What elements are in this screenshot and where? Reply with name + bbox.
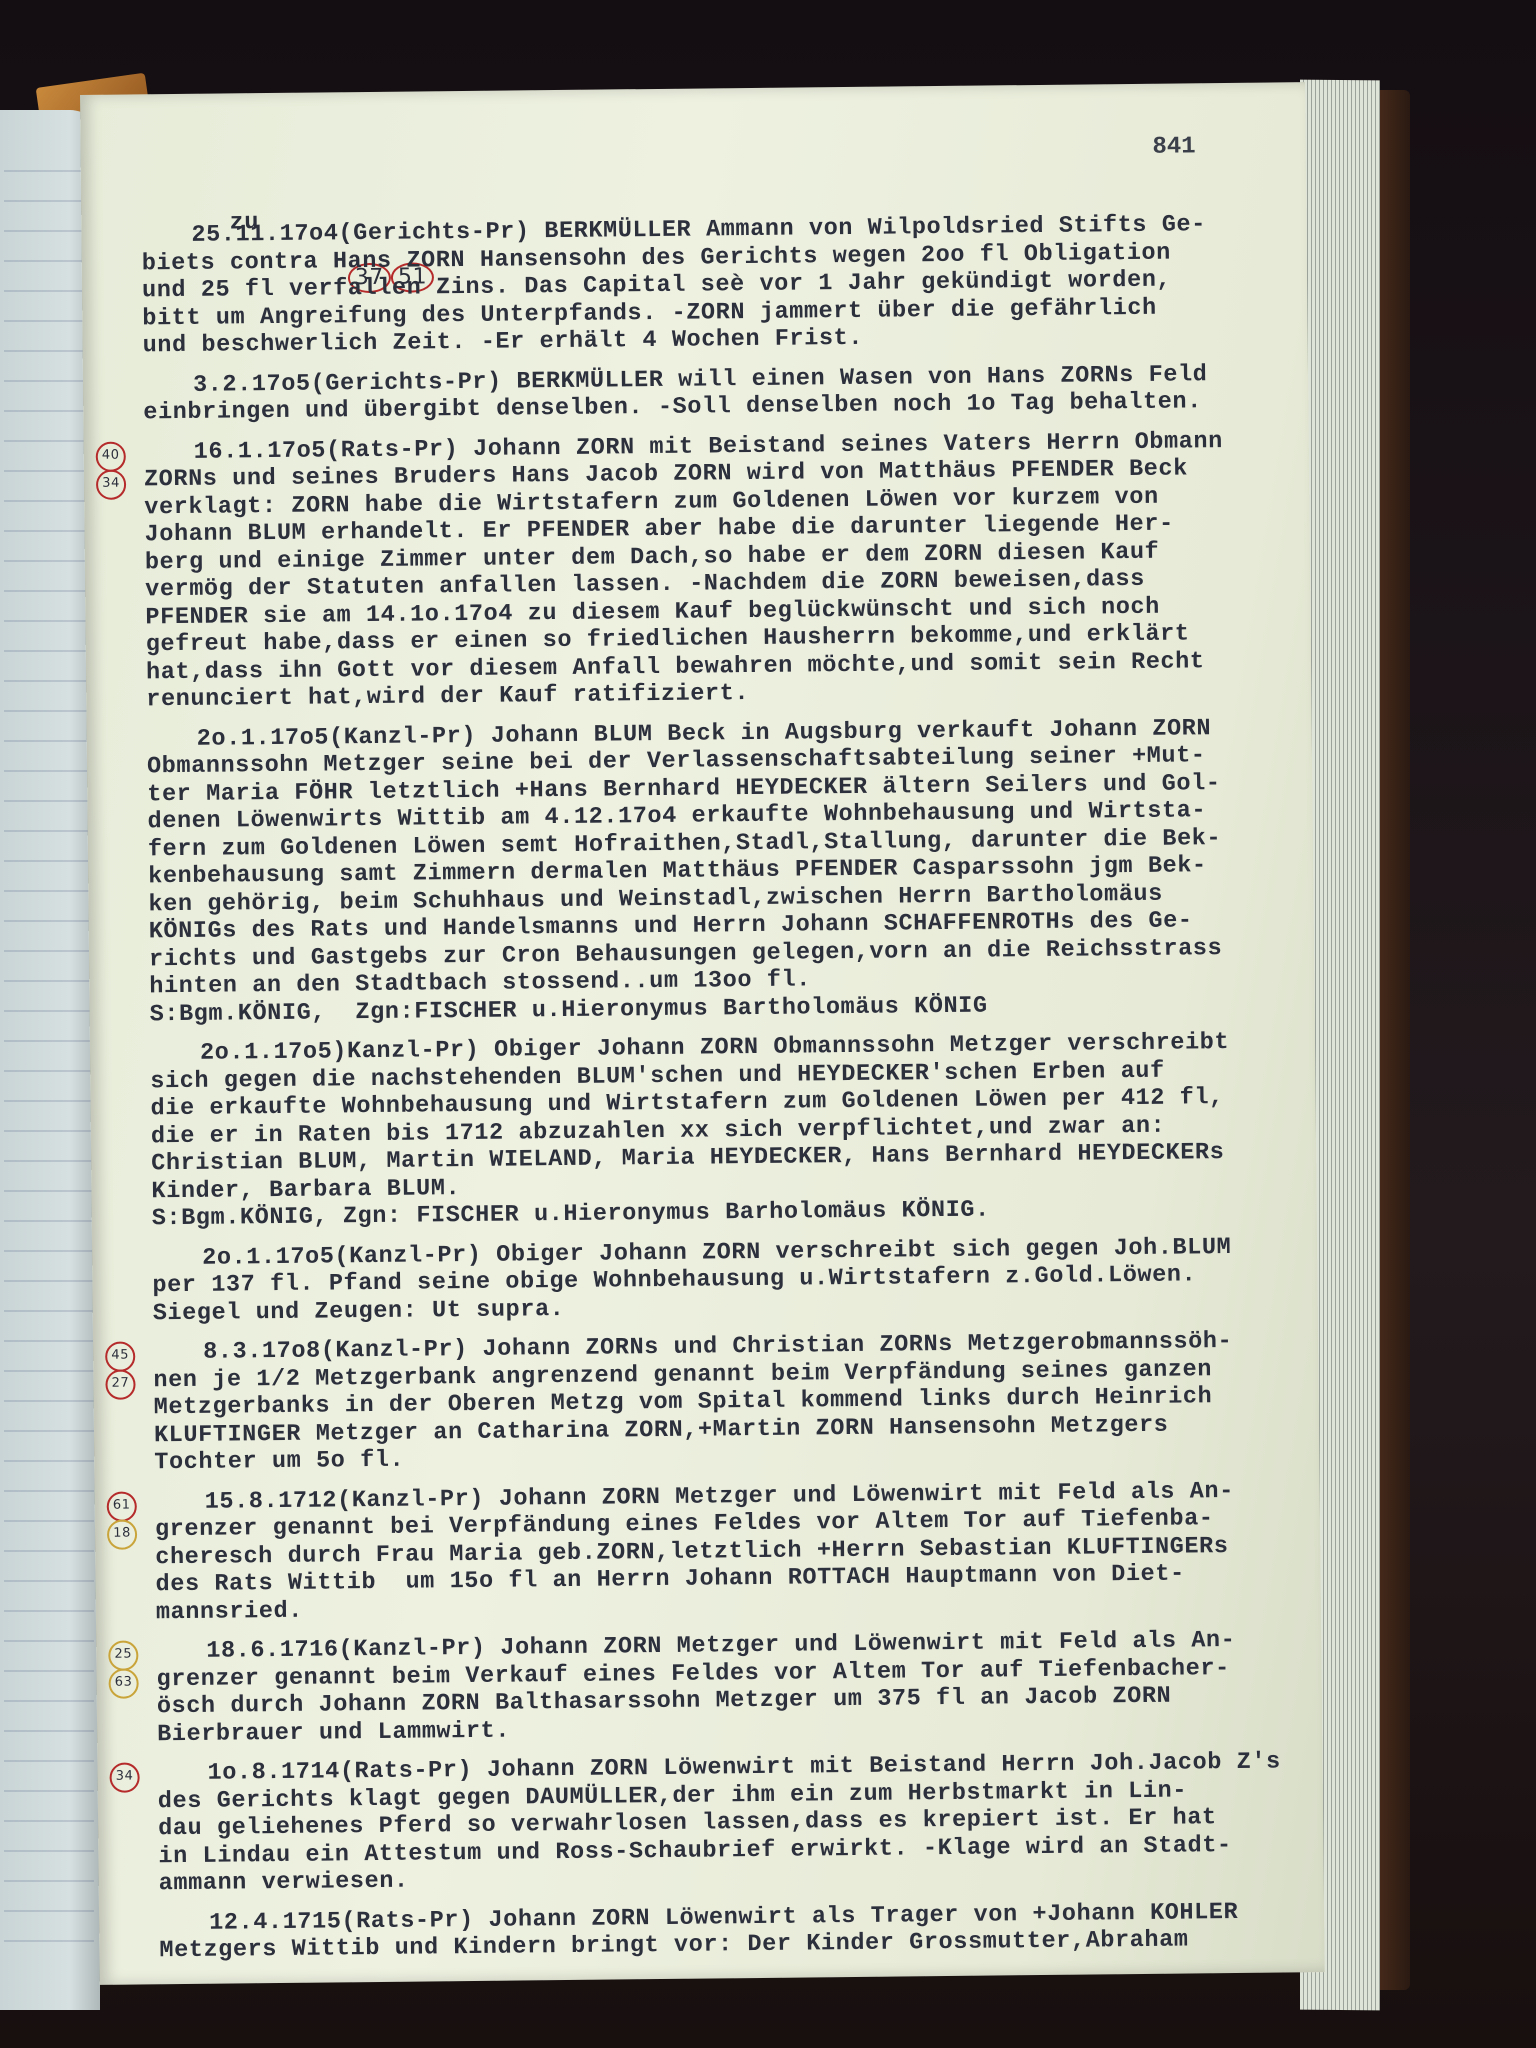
left-page-text-ghost — [4, 1190, 94, 1192]
document-entry: 3.2.17o5(Gerichts-Pr) BERKMÜLLER will ei… — [143, 360, 1284, 427]
left-page-text-ghost — [4, 1430, 94, 1432]
left-page-text-ghost — [4, 1790, 94, 1792]
margin-note: 18 — [107, 1519, 137, 1549]
document-entry: 16.1.17o5(Rats-Pr) Johann ZORN mit Beist… — [144, 427, 1287, 714]
left-page-text-ghost — [4, 1400, 94, 1402]
left-page-text-ghost — [4, 1070, 94, 1072]
document-entry: 8.3.17o8(Kanzl-Pr) Johann ZORNs und Chri… — [153, 1327, 1294, 1476]
margin-note: 34 — [96, 469, 126, 499]
document-page: 841 zu 3751 25.11.17o4(Gerichts-Pr) BERK… — [80, 82, 1325, 1985]
left-page-text-ghost — [4, 830, 94, 832]
left-page-text-ghost — [4, 1760, 94, 1762]
left-page-text-ghost — [4, 1880, 94, 1882]
left-page-text-ghost — [4, 1610, 94, 1612]
left-page-text-ghost — [4, 1100, 94, 1102]
left-page-text-ghost — [4, 800, 94, 802]
left-page-text-ghost — [4, 1220, 94, 1222]
left-page-text-ghost — [4, 1280, 94, 1282]
entries-list: 25.11.17o4(Gerichts-Pr) BERKMÜLLER Amman… — [141, 192, 1299, 1964]
left-page-text-ghost — [4, 1370, 94, 1372]
document-entry: 2o.1.17o5)Kanzl-Pr) Obiger Johann ZORN O… — [150, 1028, 1292, 1232]
left-page-text-ghost — [4, 1640, 94, 1642]
left-page-text-ghost — [4, 980, 94, 982]
left-page-text-ghost — [4, 650, 94, 652]
margin-note: 61 — [107, 1491, 137, 1521]
left-page-text-ghost — [4, 440, 94, 442]
left-page-text-ghost — [4, 290, 94, 292]
margin-note: 34 — [109, 1762, 139, 1792]
left-page-text-ghost — [4, 1550, 94, 1552]
document-entry: 18.6.1716(Kanzl-Pr) Johann ZORN Metzger … — [156, 1626, 1297, 1748]
left-page-text-ghost — [4, 560, 94, 562]
left-page-text-ghost — [4, 350, 94, 352]
left-page-text-ghost — [4, 1940, 94, 1942]
left-page-text-ghost — [4, 1820, 94, 1822]
margin-note: 45 — [105, 1341, 135, 1371]
left-page-text-ghost — [4, 680, 94, 682]
document-entry: 15.8.1712(Kanzl-Pr) Johann ZORN Metzger … — [155, 1477, 1296, 1626]
left-page-text-ghost — [4, 260, 94, 262]
margin-note: 27 — [105, 1369, 135, 1399]
left-page-text-ghost — [4, 770, 94, 772]
left-page-text-ghost — [4, 320, 94, 322]
margin-note: 40 — [96, 441, 126, 471]
document-entry: 2o.1.17o5(Kanzl-Pr) Johann BLUM Beck in … — [147, 714, 1290, 1028]
left-page-text-ghost — [4, 1340, 94, 1342]
left-page-text-ghost — [4, 740, 94, 742]
left-page-text-ghost — [4, 710, 94, 712]
document-entry: 2o.1.17o5(Kanzl-Pr) Obiger Johann ZORN v… — [152, 1233, 1293, 1327]
left-page-text-ghost — [4, 1460, 94, 1462]
document-entry: 25.11.17o4(Gerichts-Pr) BERKMÜLLER Amman… — [141, 210, 1282, 359]
left-page-text-ghost — [4, 1670, 94, 1672]
left-page-text-ghost — [4, 920, 94, 922]
left-page-text-ghost — [4, 1490, 94, 1492]
left-page-text-ghost — [4, 410, 94, 412]
left-page-text-ghost — [4, 500, 94, 502]
left-page-text-ghost — [4, 620, 94, 622]
left-page-text-ghost — [4, 590, 94, 592]
left-page-text-ghost — [4, 1310, 94, 1312]
left-page-text-ghost — [4, 1730, 94, 1732]
left-page-text-ghost — [4, 1160, 94, 1162]
left-page-text-ghost — [4, 1010, 94, 1012]
page-number: 841 — [1152, 133, 1195, 160]
left-page-text-ghost — [4, 1910, 94, 1912]
left-page-text-ghost — [4, 950, 94, 952]
left-page-text-ghost — [4, 470, 94, 472]
left-page-text-ghost — [4, 1520, 94, 1522]
document-entry: 12.4.1715(Rats-Pr) Johann ZORN Löwenwirt… — [159, 1898, 1300, 1965]
margin-note: 25 — [108, 1640, 138, 1670]
left-page-text-ghost — [4, 890, 94, 892]
left-page-text-ghost — [4, 1580, 94, 1582]
document-body: zu 3751 25.11.17o4(Gerichts-Pr) BERKMÜLL… — [141, 192, 1299, 1976]
left-page-text-ghost — [4, 1700, 94, 1702]
left-page-text-ghost — [4, 1250, 94, 1252]
document-entry: 1o.8.1714(Rats-Pr) Johann ZORN Löwenwirt… — [157, 1748, 1298, 1897]
left-page-text-ghost — [4, 1850, 94, 1852]
margin-note: 63 — [108, 1668, 138, 1698]
left-page-text-ghost — [4, 1040, 94, 1042]
left-page-text-ghost — [4, 380, 94, 382]
left-page-text-ghost — [4, 860, 94, 862]
left-page-text-ghost — [4, 1130, 94, 1132]
left-page-text-ghost — [4, 530, 94, 532]
